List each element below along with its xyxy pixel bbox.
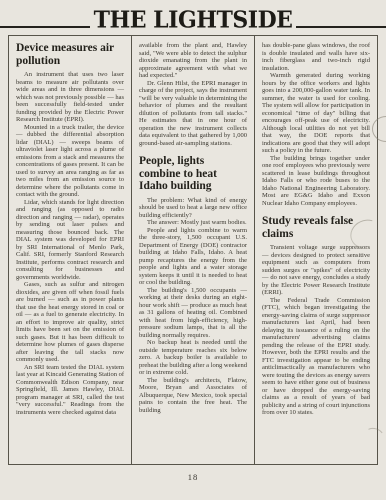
paragraph: An instrument that uses two laser beams … <box>16 71 124 124</box>
paragraph: The Federal Trade Commission (FTC), whic… <box>262 297 370 417</box>
paragraph: Gases, such as sulfur and nitrogen dioxi… <box>16 281 124 364</box>
masthead-rule-left <box>0 26 90 28</box>
paragraph: The building brings together under one r… <box>262 155 370 208</box>
page-title: THE LIGHTSIDE <box>90 6 297 33</box>
paragraph: People and lights combine to warm the th… <box>139 227 247 287</box>
paragraph: The problem: What kind of energy should … <box>139 197 247 220</box>
paragraph: available from the plant and, Hawley sai… <box>139 42 247 80</box>
masthead-rule-right <box>296 26 386 28</box>
content-box: Device measures air pollution An instrum… <box>8 35 378 465</box>
article-heading-people-lights-heat-idaho-building: People, lights combine to heat Idaho bui… <box>139 155 247 193</box>
paragraph: The building's 1,500 occupants — working… <box>139 287 247 340</box>
page-number: 18 <box>0 472 386 482</box>
paragraph: An SRI team tested the DIAL system last … <box>16 364 124 417</box>
paragraph: Dr. Glenn Hilst, the EPRI manager in cha… <box>139 80 247 148</box>
article-heading-study-reveals-false-claims: Study reveals false claims <box>262 215 370 240</box>
column-3: has double-pane glass windows, the roof … <box>254 36 377 464</box>
paragraph: Mounted in a truck trailer, the device —… <box>16 124 124 199</box>
column-1: Device measures air pollution An instrum… <box>9 36 131 464</box>
paragraph: Lidar, which stands for light direction … <box>16 199 124 282</box>
column-2: available from the plant and, Hawley sai… <box>131 36 254 464</box>
paragraph: The building's architects, Flatow, Moore… <box>139 377 247 415</box>
paragraph: No backup heat is needed until the outsi… <box>139 339 247 377</box>
paragraph: The answer: Mostly just warm bodies. <box>139 219 247 227</box>
newsletter-page: THE LIGHTSIDE Device measures air pollut… <box>0 0 386 500</box>
paragraph: Warmth generated during working hours by… <box>262 72 370 155</box>
article-heading-device-measures-air-pollution: Device measures air pollution <box>16 42 124 67</box>
paragraph: has double-pane glass windows, the roof … <box>262 42 370 72</box>
paragraph: Transient voltage surge suppressors — de… <box>262 244 370 297</box>
masthead: THE LIGHTSIDE <box>0 0 386 34</box>
